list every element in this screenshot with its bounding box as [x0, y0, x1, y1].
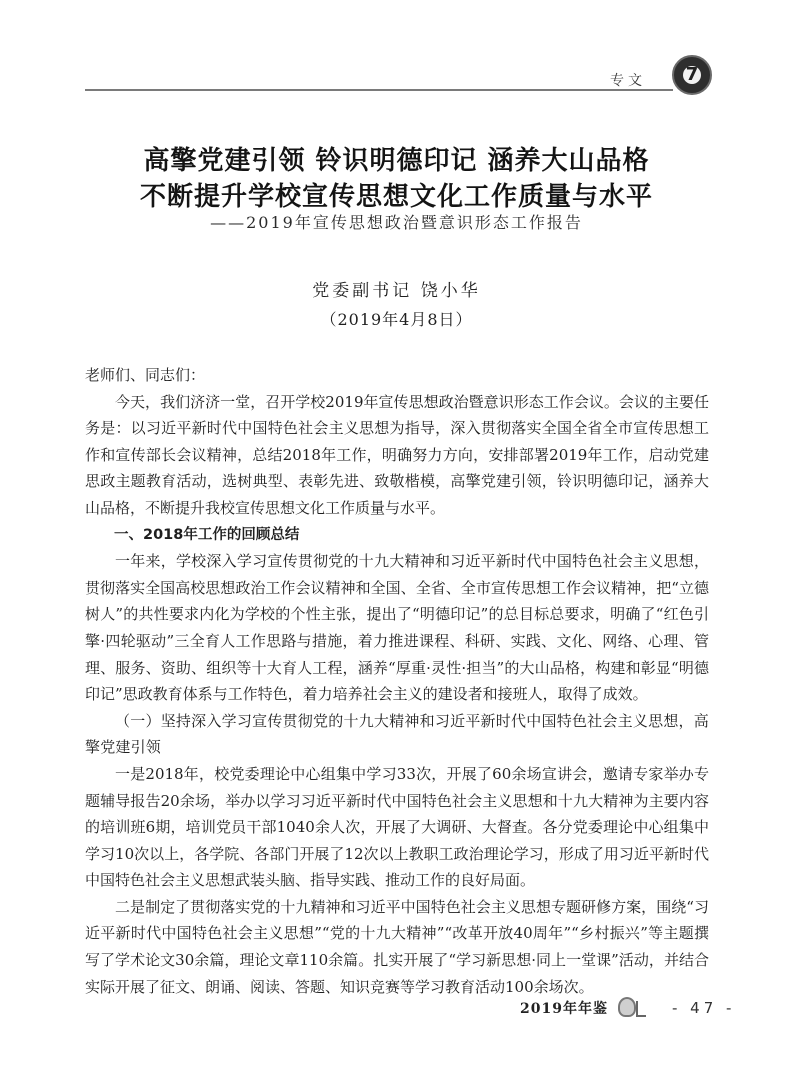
section-paragraph: 一年来，学校深入学习宣传贯彻党的十九大精神和习近平新时代中国特色社会主义思想，贯… [85, 548, 709, 708]
subsection-paragraph: 一是2018年，校党委理论中心组集中学习33次，开展了60余场宣讲会，邀请专家举… [85, 761, 709, 894]
subsection-heading: （一）坚持深入学习宣传贯彻党的十九大精神和习近平新时代中国特色社会主义思想，高擎… [85, 708, 709, 761]
subsection-paragraph: 二是制定了贯彻落实党的十九精神和习近平中国特色社会主义思想专题研修方案，围绕“习… [85, 894, 709, 1000]
yearbook-label: 2019年年鉴 [520, 998, 608, 1018]
page-title-line-2: 不断提升学校宣传思想文化工作质量与水平 [0, 176, 793, 213]
article-body: 老师们、同志们： 今天，我们济济一堂，召开学校2019年宣传思想政治暨意识形态工… [85, 362, 709, 1000]
mascot-head [618, 997, 636, 1017]
page-footer: 2019年年鉴 - 47 - [520, 993, 735, 1023]
university-emblem-icon: 7 [672, 55, 712, 95]
emblem-glyph: 7 [674, 63, 710, 87]
section-label: 专文 [610, 70, 646, 90]
salutation: 老师们、同志们： [85, 362, 709, 389]
header-rule [85, 89, 673, 91]
author-byline: 党委副书记 饶小华 [0, 276, 793, 301]
yearbook-mascot-icon [616, 995, 650, 1021]
report-date: （2019年4月8日） [0, 307, 793, 330]
page-number: - 47 - [672, 999, 735, 1017]
mascot-figure [636, 1001, 646, 1017]
intro-paragraph: 今天，我们济济一堂，召开学校2019年宣传思想政治暨意识形态工作会议。会议的主要… [85, 389, 709, 522]
page-title-line-1: 高擎党建引领 铃识明德印记 涵养大山品格 [0, 140, 793, 177]
page-subtitle: ——2019年宣传思想政治暨意识形态工作报告 [0, 210, 793, 233]
section-heading: 一、2018年工作的回顾总结 [85, 522, 709, 549]
